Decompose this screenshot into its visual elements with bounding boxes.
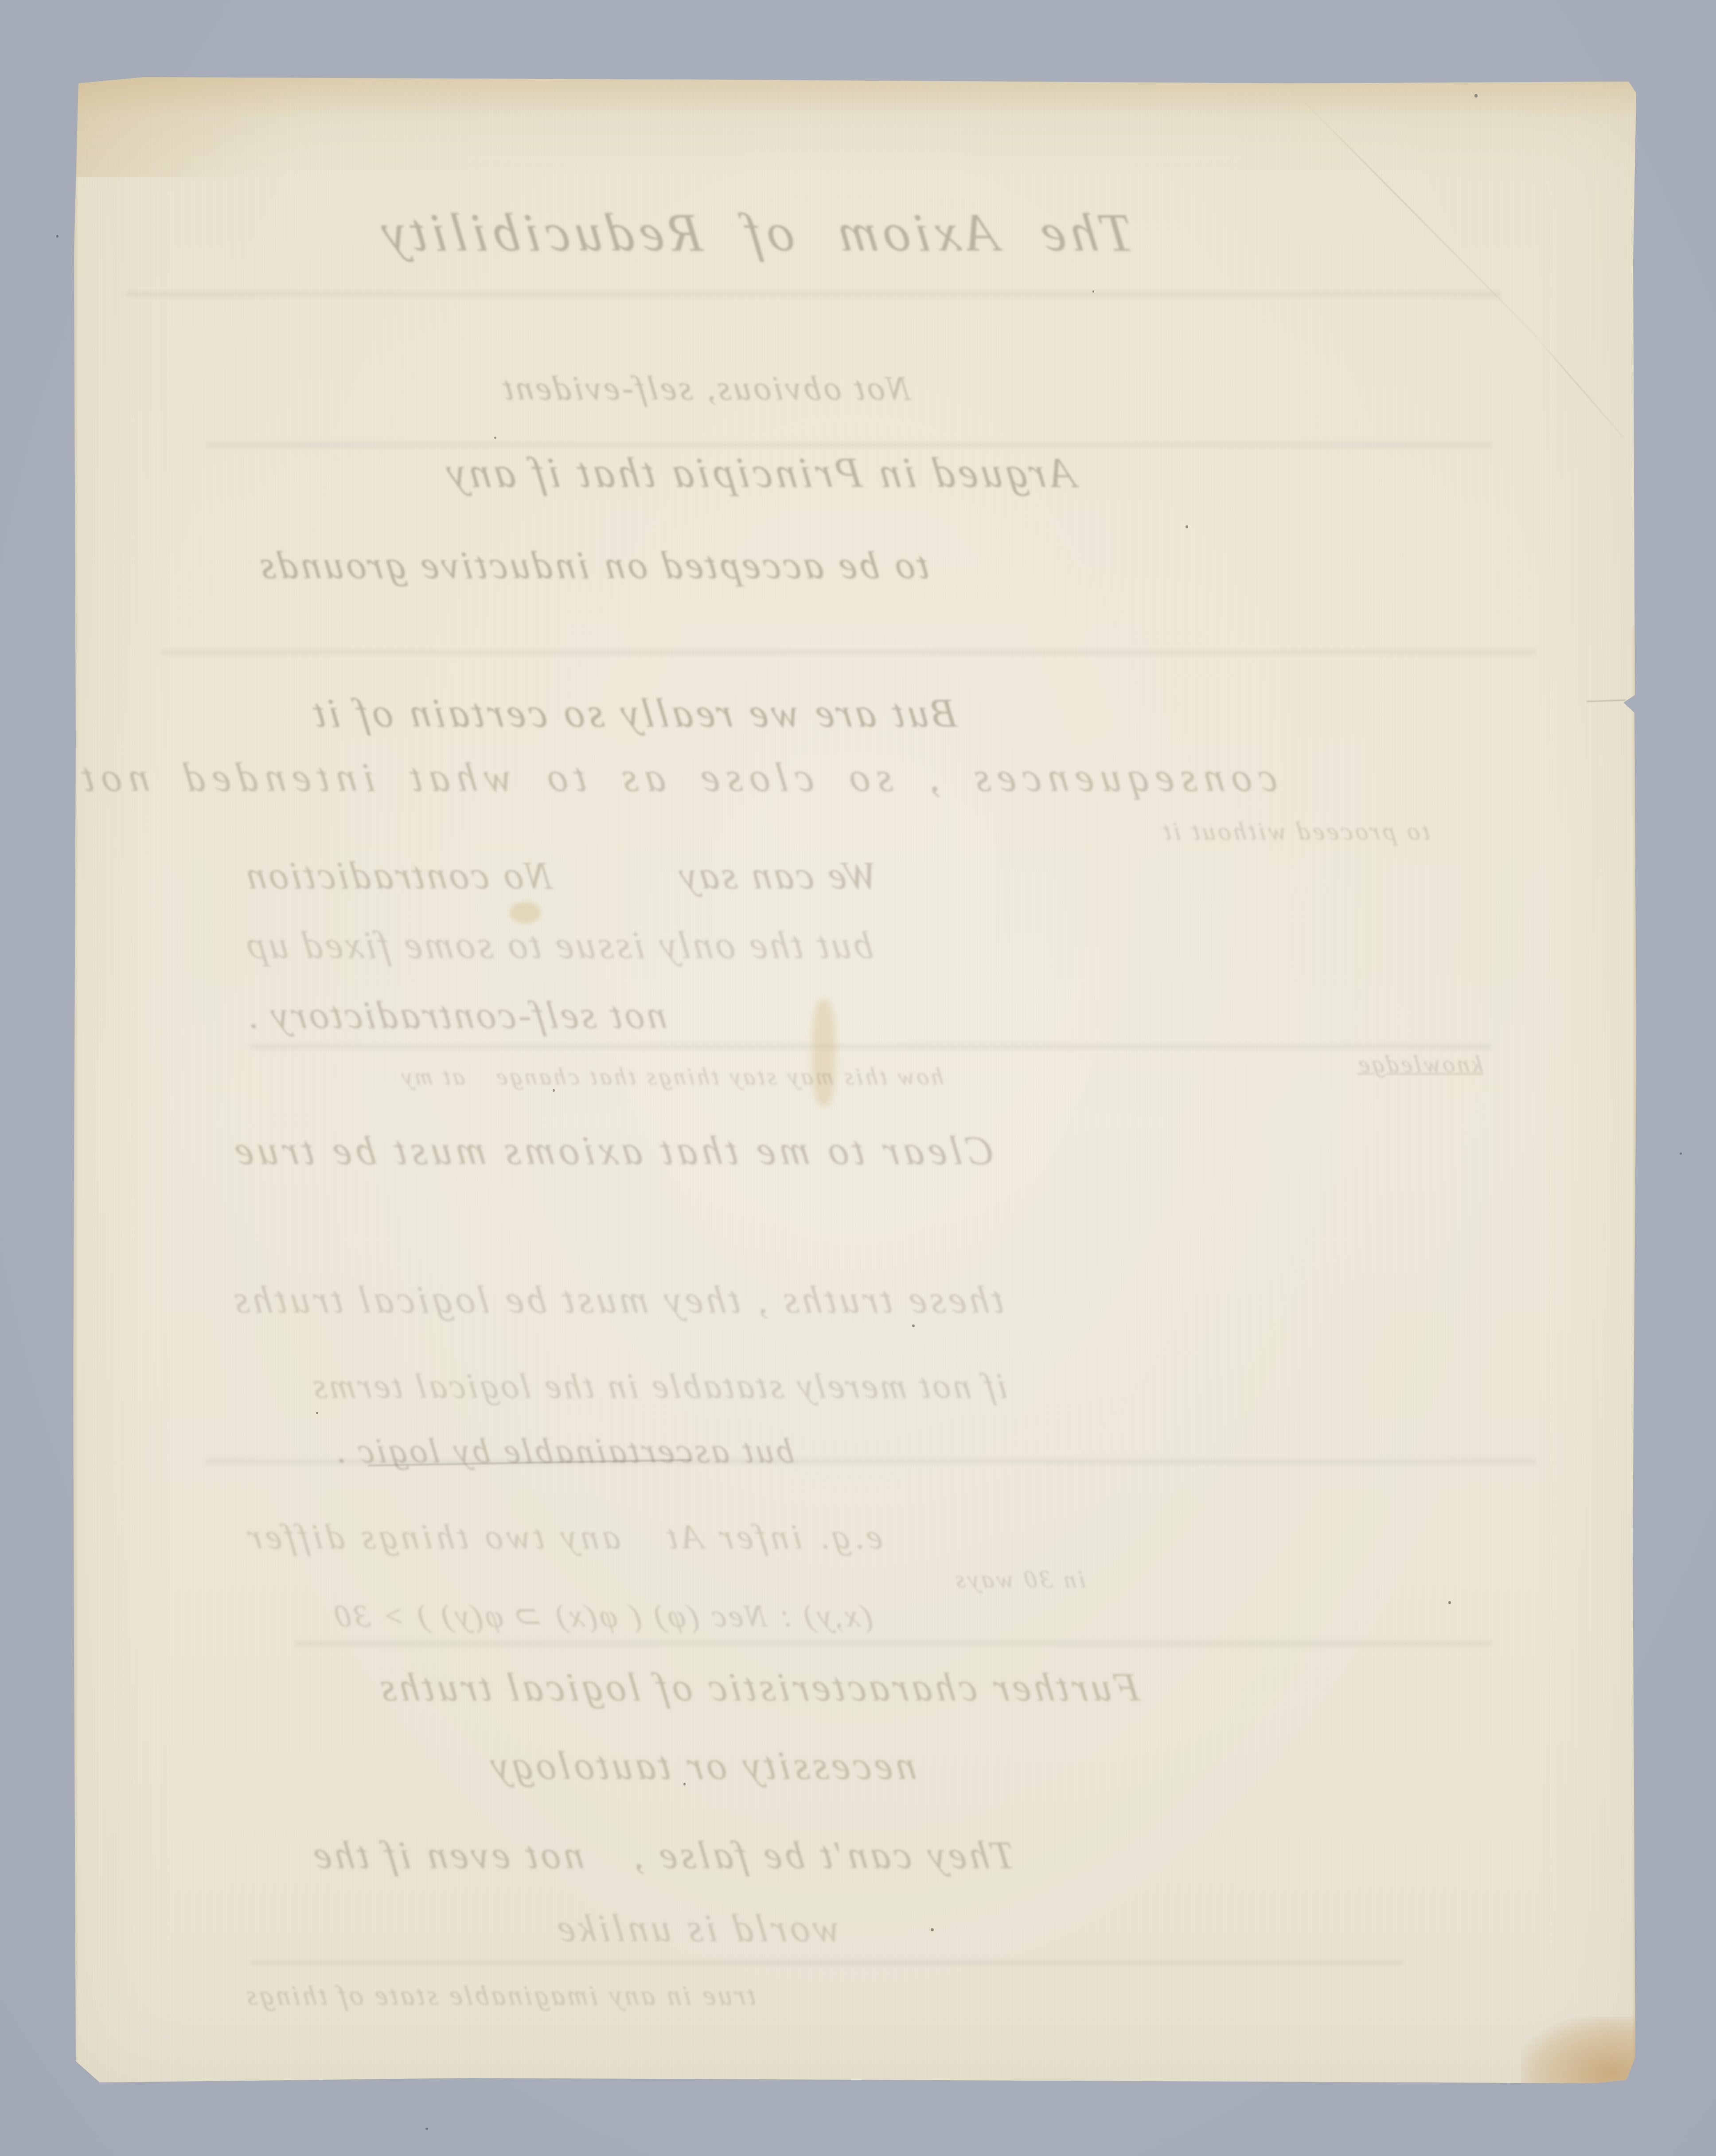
right-edge-tan-shading: [1632, 625, 1636, 2083]
background-speck: [425, 2128, 428, 2130]
streak-mark: [126, 292, 1500, 297]
ink-speck: [931, 1928, 934, 1931]
handwritten-line: e.g. infer At any two things differ: [241, 1517, 884, 1557]
handwritten-line: But are we really so certain of it: [307, 689, 959, 736]
streak-mark: [295, 1641, 1491, 1646]
handwritten-title: The Axiom of Reducibility: [373, 202, 1137, 264]
underlined-word: knowledge: [1354, 1051, 1484, 1078]
stain: [510, 902, 541, 923]
handwritten-line: these truths , they must be logical trut…: [228, 1277, 1006, 1322]
handwritten-line: Further characteristic of logical truths: [374, 1664, 1142, 1710]
handwritten-line: if not merely statable in the logical te…: [308, 1366, 1010, 1406]
ink-speck: [1092, 290, 1094, 293]
tear-notch: [1587, 699, 1626, 702]
streak-mark: [162, 650, 1536, 655]
crease-line: [1289, 86, 1538, 337]
ink-speck: [1186, 525, 1188, 528]
handwritten-line: Argued in Principia that if any: [440, 448, 1078, 497]
corner-stain: [1521, 2017, 1636, 2083]
handwritten-line: in 30 ways: [951, 1566, 1087, 1594]
streak-mark: [206, 442, 1491, 447]
left-edge-shading: [73, 75, 78, 2083]
top-left-fold-discoloration: [73, 75, 472, 177]
ink-speck: [494, 437, 496, 439]
formula-line: (x,y) : Nec (φ) ( φ(x) ⊃ φ(y) ) > 30: [330, 1597, 874, 1634]
ink-speck: [316, 1412, 318, 1414]
handwritten-line: to be accepted on inductive grounds: [254, 543, 931, 588]
handwritten-line: Not obvious, self-evident: [498, 368, 912, 408]
background-speck: [1474, 94, 1478, 98]
ink-speck: [1448, 1601, 1451, 1604]
paper-sheet: The Axiom of Reducibility Not obvious, s…: [73, 75, 1636, 2083]
streak-mark: [250, 1960, 1403, 1965]
inserted-note: to proceed without it: [1159, 816, 1431, 846]
handwritten-line: but ascertainable by logic .: [330, 1431, 796, 1471]
background-speck: [1680, 1152, 1682, 1155]
crease-line: [1534, 335, 1625, 439]
photo-background: { "note": { "mirrored": true, "title": "…: [0, 0, 1716, 2156]
handwritten-line: necessity or tautology: [485, 1743, 918, 1789]
handwritten-line: but the only issue to some fixed up: [241, 923, 876, 968]
handwritten-line: true in any imaginable state of things: [242, 1980, 757, 2012]
ink-speck: [912, 1324, 915, 1327]
handwritten-line: not self-contradictory .: [241, 993, 669, 1038]
handwritten-line: consequences , so close as to what inten…: [72, 754, 1279, 801]
handwritten-line: world is unlike: [551, 1906, 842, 1951]
handwritten-line: We can say No contradiction: [241, 853, 880, 898]
handwritten-line: Clear to me that axioms must be true: [227, 1127, 996, 1174]
streak-mark: [250, 1044, 1491, 1049]
handwritten-line: They can't be false , not even if the: [308, 1833, 1017, 1878]
background-speck: [56, 235, 58, 238]
handwritten-line: how this may stay things that change at …: [397, 1063, 945, 1090]
